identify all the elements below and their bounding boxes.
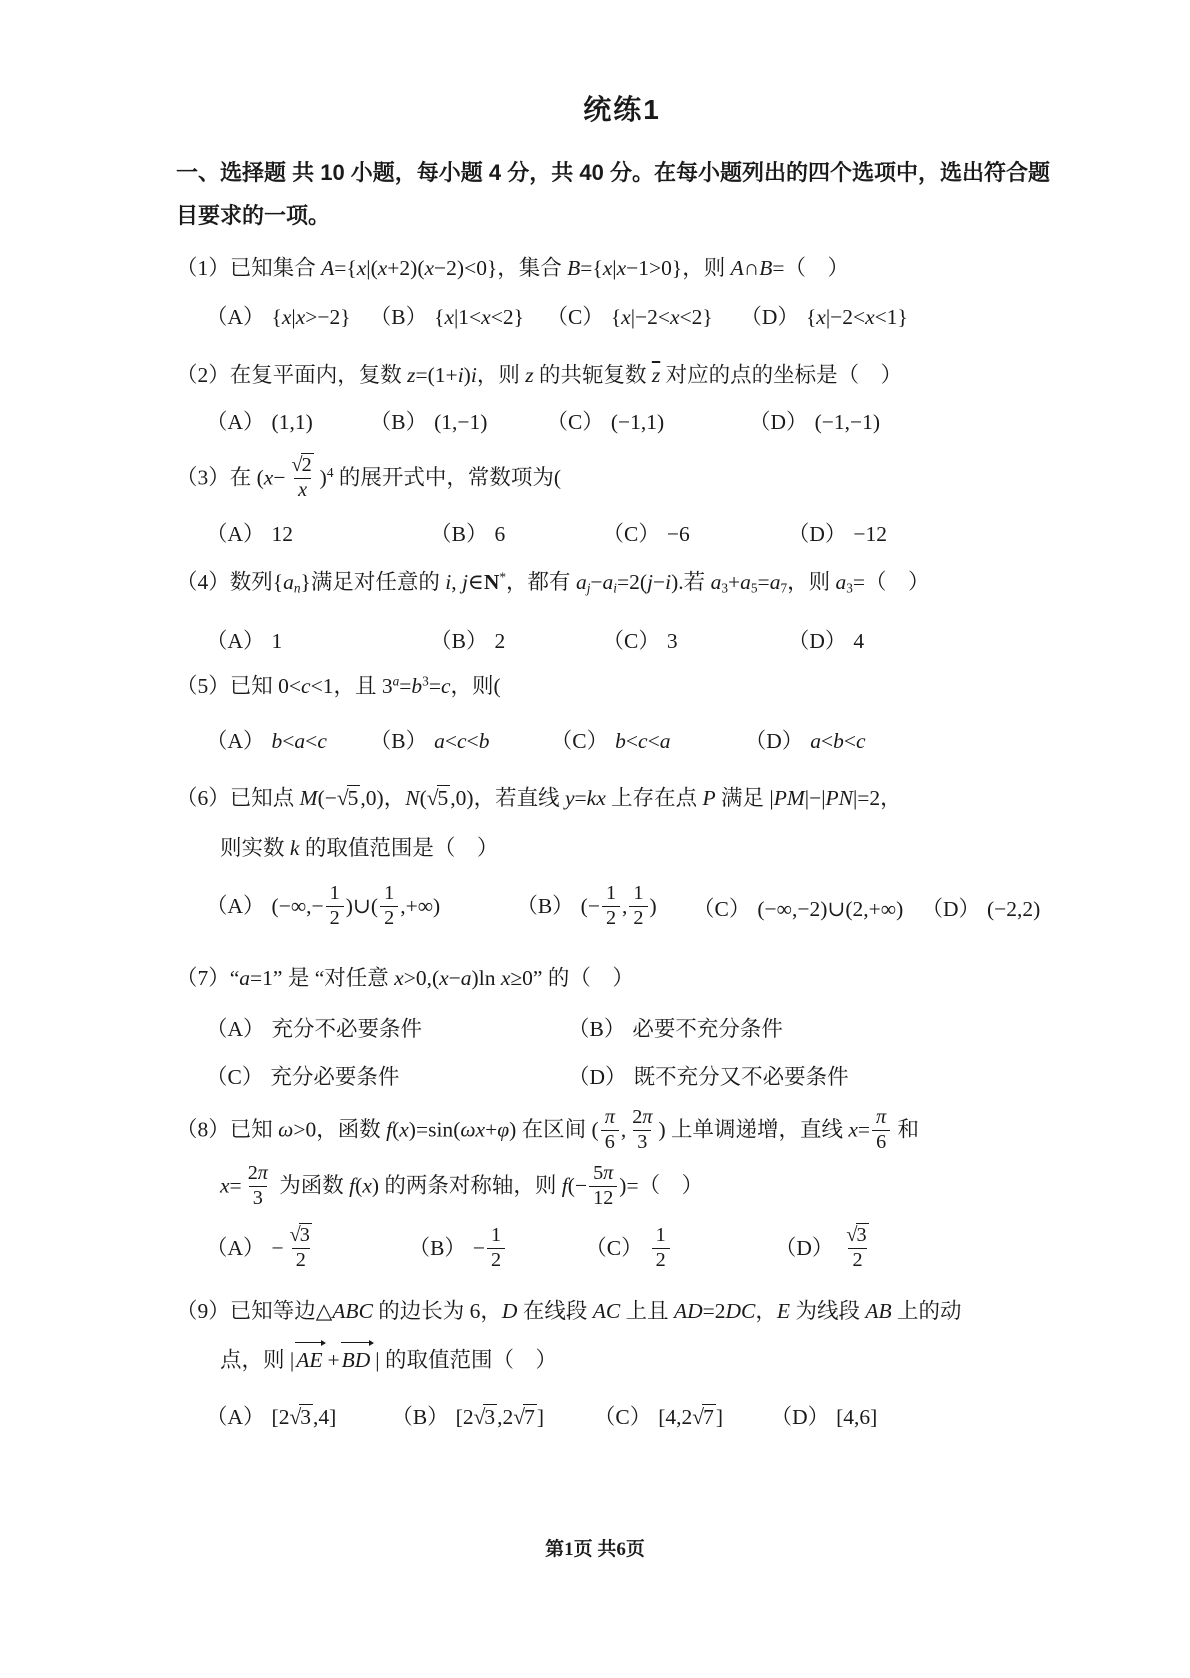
option-value: √32 xyxy=(840,1236,874,1260)
option-value: [4,2√7] xyxy=(658,1405,723,1429)
question-8-options: （A）−√32 （B）−12 （C）12 （D）√32 xyxy=(176,1226,1068,1273)
option-value: {x|−2<x<1} xyxy=(806,305,908,329)
question-4-option-b: （B）2 xyxy=(430,624,602,655)
question-2-option-b: （B）(1,−1) xyxy=(370,405,547,436)
option-label: （A） xyxy=(206,629,265,653)
option-value: b<a<c xyxy=(272,729,327,753)
option-value: b<c<a xyxy=(615,729,670,753)
option-value: a<c<b xyxy=(434,729,489,753)
option-value: (1,1) xyxy=(272,410,313,434)
option-label: （D） xyxy=(921,897,980,921)
question-9: （9）已知等边△ABC 的边长为 6，D 在线段 AC 上且 AD=2DC，E … xyxy=(176,1295,1068,1431)
question-9-option-a: （A）[2√3,4] xyxy=(206,1400,391,1431)
question-6: （6）已知点 M(−√5,0)，N(√5,0)，若直线 y=kx 上存在点 P … xyxy=(176,782,1068,931)
question-7-option-a: （A）充分不必要条件 xyxy=(206,1012,568,1043)
question-6-stem-line2: 则实数 k 的取值范围是（ ） xyxy=(176,832,1068,865)
option-label: （D） xyxy=(740,305,799,329)
question-8-option-c: （C）12 xyxy=(585,1226,775,1273)
question-6-option-d: （D）(−2,2) xyxy=(921,892,1068,923)
question-6-option-a: （A）(−∞,−12)∪(12,+∞) xyxy=(206,884,516,931)
option-value: 1 xyxy=(272,629,283,653)
option-value: −12 xyxy=(473,1236,507,1260)
question-1-option-b: （B）{x|1<x<2} xyxy=(370,300,547,331)
option-value: {x|−2<x<2} xyxy=(611,305,713,329)
question-5-option-c: （C）b<c<a xyxy=(551,724,745,755)
question-7-options: （A）充分不必要条件 （B）必要不充分条件 （C）充分必要条件 （D）既不充分又… xyxy=(176,1012,1068,1091)
option-label: （D） xyxy=(568,1065,627,1089)
question-7-option-c: （C）充分必要条件 xyxy=(206,1060,568,1091)
option-label: （C） xyxy=(585,1236,642,1260)
question-1-stem: （1）已知集合 A={x|(x+2)(x−2)<0}，集合 B={x|x−1>0… xyxy=(176,252,1068,285)
question-7-option-d: （D）既不充分又不必要条件 xyxy=(568,1060,1068,1091)
question-1-options: （A）{x|x>−2} （B）{x|1<x<2} （C）{x|−2<x<2} （… xyxy=(176,300,1068,331)
option-value: [2√3,2√7] xyxy=(456,1405,544,1429)
question-8-option-d: （D）√32 xyxy=(775,1226,1068,1273)
option-value: 充分必要条件 xyxy=(270,1065,399,1089)
question-1-option-d: （D）{x|−2<x<1} xyxy=(740,300,1068,331)
option-label: （B） xyxy=(430,629,487,653)
option-value: 12 xyxy=(272,522,294,546)
option-label: （D） xyxy=(749,410,808,434)
option-label: （B） xyxy=(409,1236,466,1260)
option-label: （A） xyxy=(206,1405,265,1429)
option-label: （D） xyxy=(771,1405,830,1429)
question-8-stem: （8）已知 ω>0，函数 f(x)=sin(ωx+φ) 在区间 (π6,2π3)… xyxy=(176,1108,1068,1155)
option-label: （C） xyxy=(594,1405,651,1429)
option-value: (−1,−1) xyxy=(815,410,880,434)
option-value: a<b<c xyxy=(810,729,865,753)
question-4-option-c: （C）3 xyxy=(603,624,788,655)
question-3-option-b: （B）6 xyxy=(430,517,602,548)
option-value: −6 xyxy=(667,522,690,546)
option-value: 3 xyxy=(667,629,678,653)
question-5: （5）已知 0<c<1，且 3a=b3=c，则( （A）b<a<c （B）a<c… xyxy=(176,670,1068,754)
option-value: {x|x>−2} xyxy=(272,305,351,329)
question-9-options: （A）[2√3,4] （B）[2√3,2√7] （C）[4,2√7] （D）[4… xyxy=(176,1400,1068,1431)
question-7-option-b: （B）必要不充分条件 xyxy=(568,1012,1068,1043)
question-8-stem-line2: x=2π3 为函数 f(x) 的两条对称轴，则 f(−5π12)=（ ） xyxy=(176,1164,1068,1211)
exam-content: 统练1 一、选择题 共 10 小题，每小题 4 分，共 40 分。在每小题列出的… xyxy=(176,88,1068,1431)
page-footer: 第1页 共6页 xyxy=(0,1534,1190,1561)
question-4-options: （A）1 （B）2 （C）3 （D）4 xyxy=(176,624,1068,655)
question-9-option-d: （D）[4,6] xyxy=(771,1400,1068,1431)
option-value: 6 xyxy=(494,522,505,546)
question-5-options: （A）b<a<c （B）a<c<b （C）b<c<a （D）a<b<c xyxy=(176,724,1068,755)
question-2-option-c: （C）(−1,1) xyxy=(546,405,749,436)
question-3-option-a: （A）12 xyxy=(206,517,430,548)
option-value: −12 xyxy=(853,522,887,546)
option-label: （C） xyxy=(546,305,603,329)
option-label: （A） xyxy=(206,894,265,918)
question-2-options: （A）(1,1) （B）(1,−1) （C）(−1,1) （D）(−1,−1) xyxy=(176,405,1068,436)
question-9-option-c: （C）[4,2√7] xyxy=(594,1400,771,1431)
option-value: [2√3,4] xyxy=(272,1405,337,1429)
option-label: （C） xyxy=(693,897,750,921)
option-value: (−∞,−12)∪(12,+∞) xyxy=(272,894,441,918)
option-label: （A） xyxy=(206,729,265,753)
question-4-option-a: （A）1 xyxy=(206,624,430,655)
question-3: （3）在 (x−√2x)4 的展开式中，常数项为( （A）12 （B）6 （C）… xyxy=(176,456,1068,548)
option-label: （C） xyxy=(546,410,603,434)
question-4-stem: （4）数列{an}满足对任意的 i, j∈N*，都有 aj−ai=2(j−i).… xyxy=(176,566,1068,599)
question-8: （8）已知 ω>0，函数 f(x)=sin(ωx+φ) 在区间 (π6,2π3)… xyxy=(176,1108,1068,1273)
option-label: （B） xyxy=(568,1017,625,1041)
question-6-option-c: （C）(−∞,−2)∪(2,+∞) xyxy=(693,892,921,923)
option-value: 必要不充分条件 xyxy=(632,1017,783,1041)
option-label: （B） xyxy=(370,305,427,329)
option-label: （A） xyxy=(206,305,265,329)
option-value: 12 xyxy=(650,1236,672,1260)
question-8-option-a: （A）−√32 xyxy=(206,1226,409,1273)
page-title: 统练1 xyxy=(176,88,1068,128)
option-value: (−12,12) xyxy=(581,894,657,918)
option-value: 充分不必要条件 xyxy=(272,1017,423,1041)
section-heading: 一、选择题 共 10 小题，每小题 4 分，共 40 分。在每小题列出的四个选项… xyxy=(176,152,1068,238)
question-7-stem: （7）“a=1” 是 “对任意 x>0,(x−a)ln x≥0” 的（ ） xyxy=(176,962,1068,995)
option-label: （A） xyxy=(206,522,265,546)
option-value: −√32 xyxy=(272,1236,318,1260)
question-2-option-d: （D）(−1,−1) xyxy=(749,405,1068,436)
option-value: (1,−1) xyxy=(434,410,487,434)
question-1-option-a: （A）{x|x>−2} xyxy=(206,300,370,331)
question-5-option-a: （A）b<a<c xyxy=(206,724,370,755)
question-3-stem: （3）在 (x−√2x)4 的展开式中，常数项为( xyxy=(176,456,1068,503)
question-3-options: （A）12 （B）6 （C）−6 （D）−12 xyxy=(176,517,1068,548)
option-value: [4,6] xyxy=(836,1405,877,1429)
question-5-option-d: （D）a<b<c xyxy=(745,724,1068,755)
option-value: (−1,1) xyxy=(611,410,664,434)
option-label: （B） xyxy=(370,729,427,753)
question-9-stem-line2: 点，则 |AE+BD| 的取值范围（ ） xyxy=(176,1341,1068,1377)
option-value: 4 xyxy=(853,629,864,653)
question-6-stem: （6）已知点 M(−√5,0)，N(√5,0)，若直线 y=kx 上存在点 P … xyxy=(176,782,1068,815)
question-2-option-a: （A）(1,1) xyxy=(206,405,370,436)
option-label: （D） xyxy=(788,629,847,653)
option-label: （A） xyxy=(206,1017,265,1041)
option-label: （C） xyxy=(603,522,660,546)
option-label: （C） xyxy=(551,729,608,753)
question-7: （7）“a=1” 是 “对任意 x>0,(x−a)ln x≥0” 的（ ） （A… xyxy=(176,962,1068,1091)
question-8-option-b: （B）−12 xyxy=(409,1226,586,1273)
option-value: 既不充分又不必要条件 xyxy=(634,1065,849,1089)
option-label: （D） xyxy=(788,522,847,546)
question-6-option-b: （B）(−12,12) xyxy=(516,884,693,931)
question-5-stem: （5）已知 0<c<1，且 3a=b3=c，则( xyxy=(176,670,1068,703)
option-label: （B） xyxy=(516,894,573,918)
question-4: （4）数列{an}满足对任意的 i, j∈N*，都有 aj−ai=2(j−i).… xyxy=(176,566,1068,655)
option-value: (−∞,−2)∪(2,+∞) xyxy=(757,897,903,921)
option-label: （A） xyxy=(206,410,265,434)
question-3-option-d: （D）−12 xyxy=(788,517,1068,548)
question-3-option-c: （C）−6 xyxy=(603,517,788,548)
exam-page: 统练1 一、选择题 共 10 小题，每小题 4 分，共 40 分。在每小题列出的… xyxy=(0,0,1190,1678)
question-9-stem: （9）已知等边△ABC 的边长为 6，D 在线段 AC 上且 AD=2DC，E … xyxy=(176,1295,1068,1328)
question-2: （2）在复平面内，复数 z=(1+i)i，则 z 的共轭复数 z 对应的点的坐标… xyxy=(176,359,1068,436)
option-label: （C） xyxy=(603,629,660,653)
option-label: （B） xyxy=(430,522,487,546)
option-label: （B） xyxy=(370,410,427,434)
option-label: （A） xyxy=(206,1236,265,1260)
question-2-stem: （2）在复平面内，复数 z=(1+i)i，则 z 的共轭复数 z 对应的点的坐标… xyxy=(176,359,1068,392)
option-value: (−2,2) xyxy=(987,897,1040,921)
question-4-option-d: （D）4 xyxy=(788,624,1068,655)
question-1-option-c: （C）{x|−2<x<2} xyxy=(546,300,740,331)
option-value: {x|1<x<2} xyxy=(434,305,524,329)
question-9-option-b: （B）[2√3,2√7] xyxy=(391,1400,594,1431)
option-label: （D） xyxy=(745,729,804,753)
option-label: （C） xyxy=(206,1065,263,1089)
option-label: （B） xyxy=(391,1405,448,1429)
option-value: 2 xyxy=(494,629,505,653)
question-5-option-b: （B）a<c<b xyxy=(370,724,551,755)
option-label: （D） xyxy=(775,1236,834,1260)
question-6-options: （A）(−∞,−12)∪(12,+∞) （B）(−12,12) （C）(−∞,−… xyxy=(176,884,1068,931)
question-1: （1）已知集合 A={x|(x+2)(x−2)<0}，集合 B={x|x−1>0… xyxy=(176,252,1068,331)
